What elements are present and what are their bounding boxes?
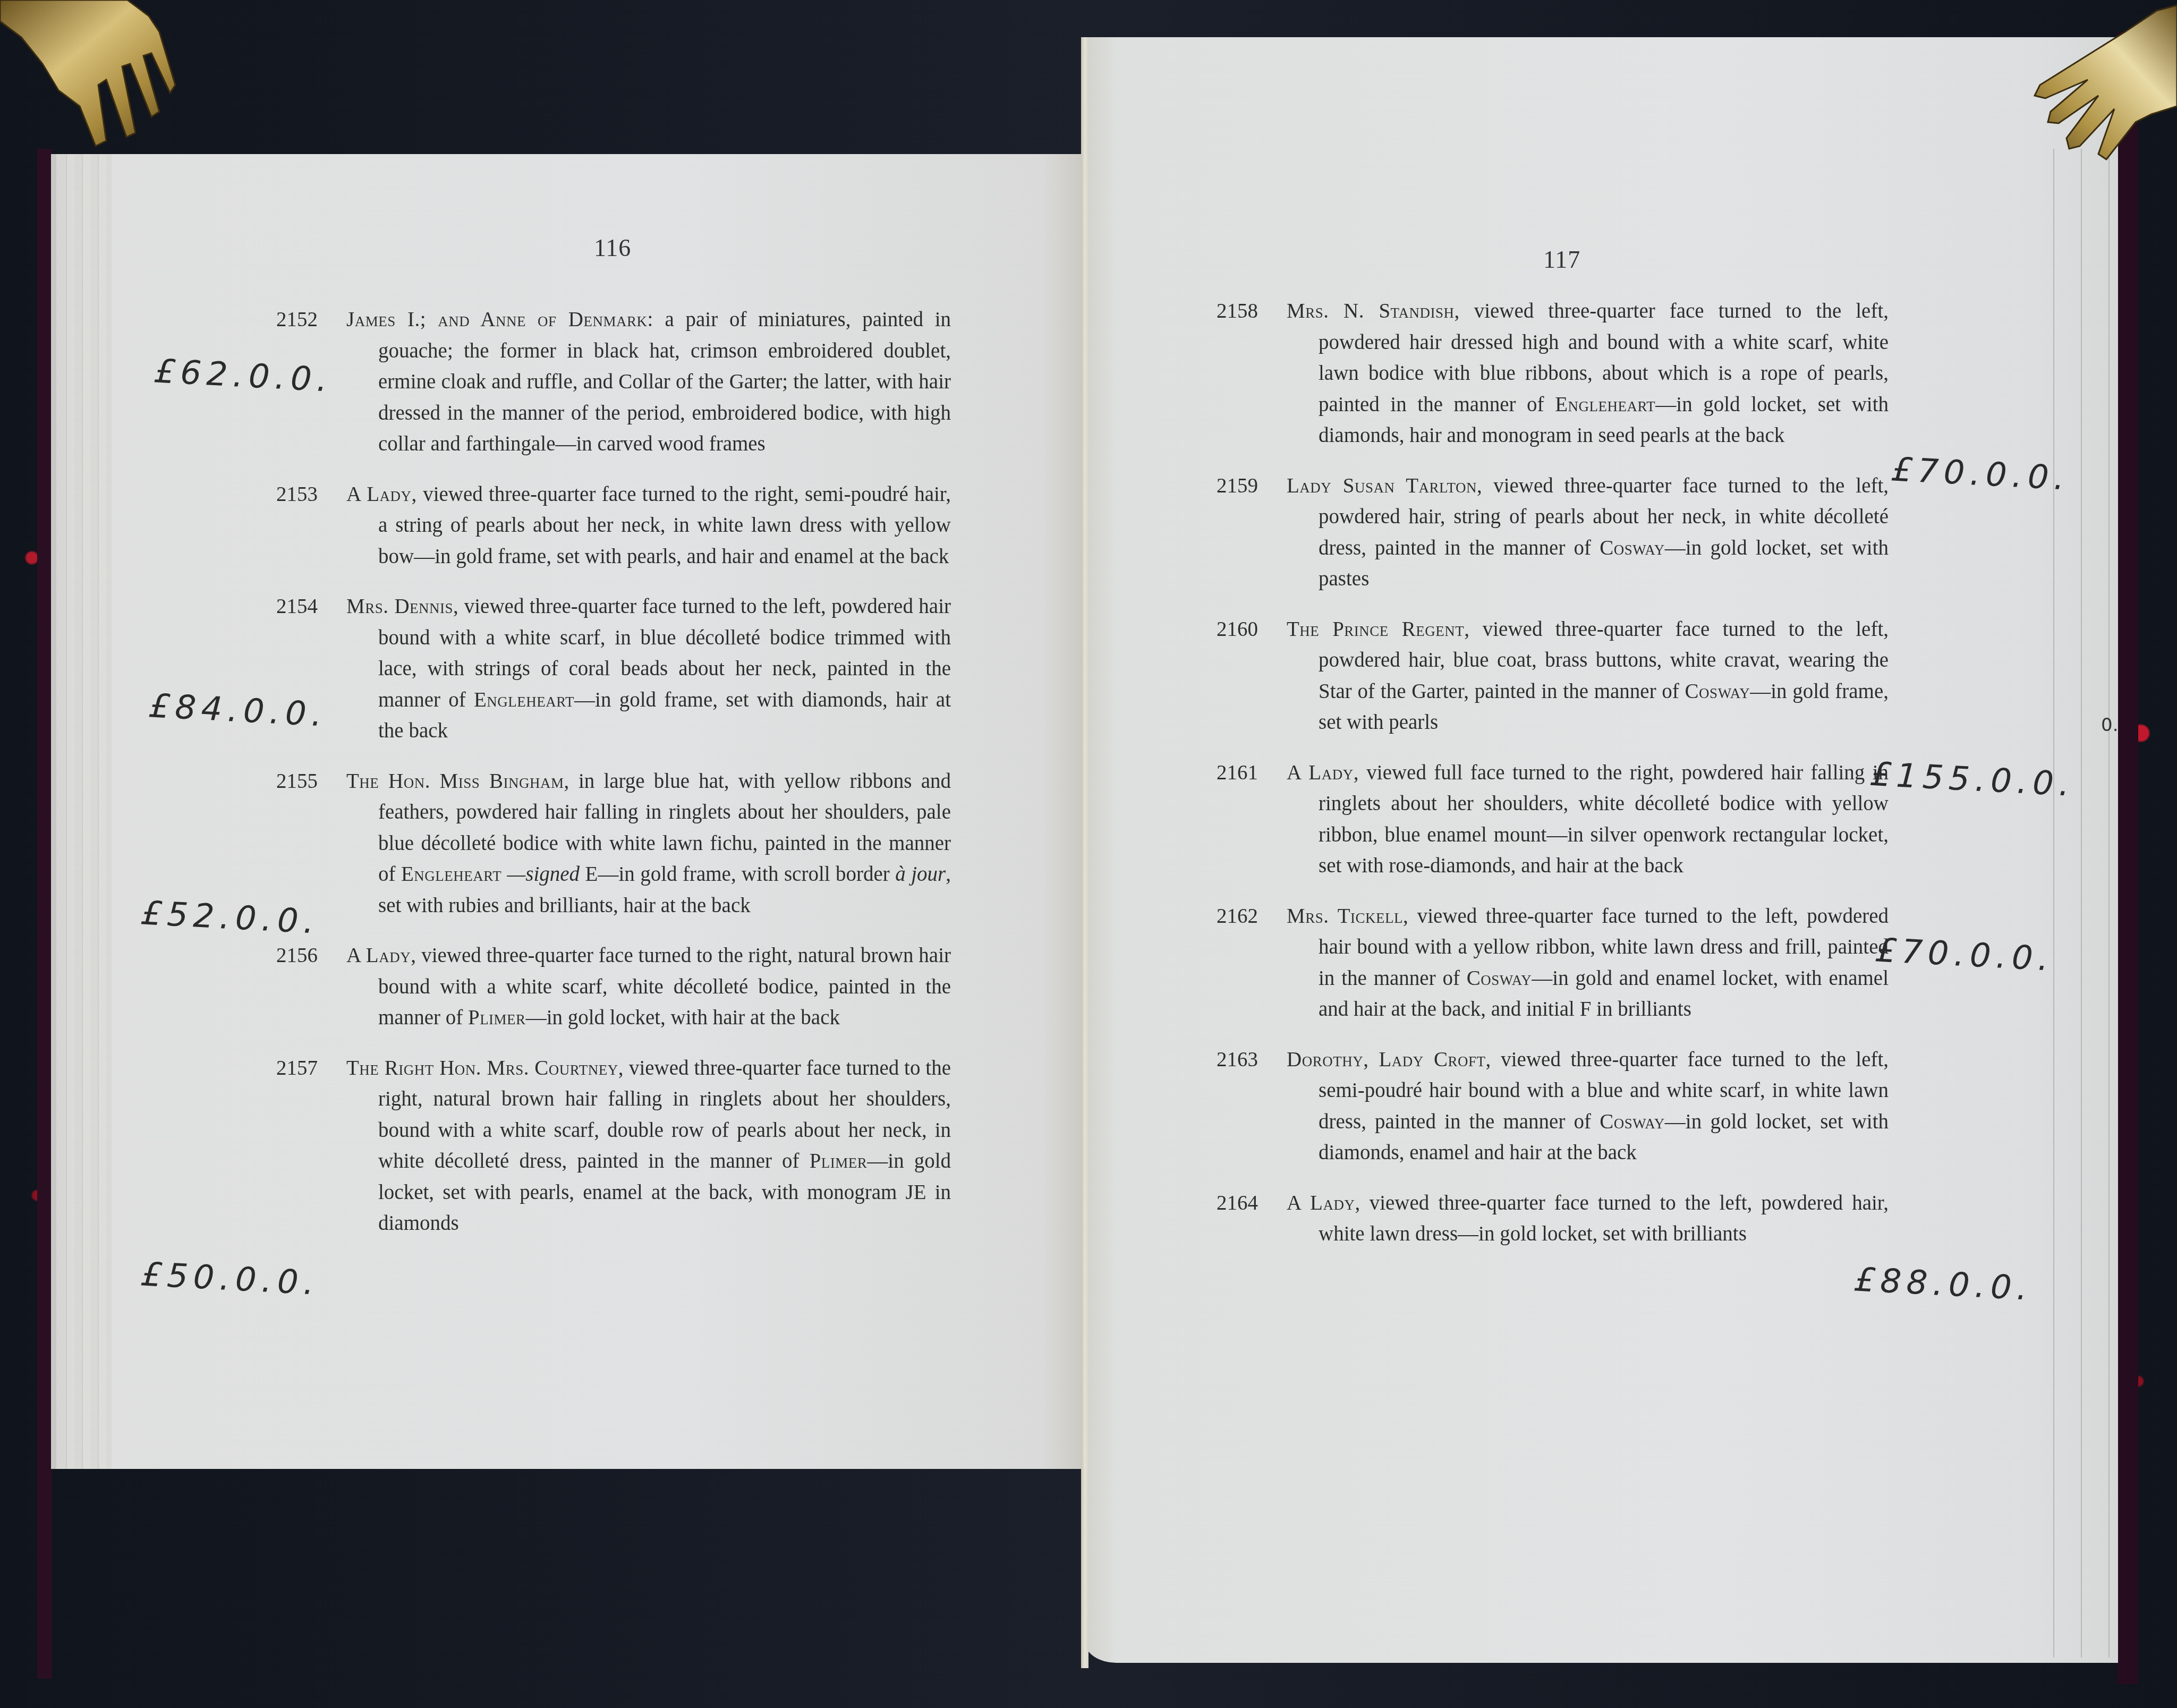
page-number-left: 116 <box>594 234 631 262</box>
book-cover-edge-right <box>2117 32 2138 1684</box>
entry-title: The Hon. Miss Bingham, <box>346 770 569 793</box>
entry-description: viewed three-quarter face turned to the … <box>1319 1192 1889 1246</box>
left-page-entries: 2152 James I.; and Anne of Denmark: a pa… <box>276 304 951 1259</box>
lot-number: 2163 <box>1217 1044 1258 1076</box>
signed-label: —signed <box>507 863 580 886</box>
lot-number: 2159 <box>1217 471 1258 502</box>
entry-title: Mrs. Dennis, <box>346 595 458 618</box>
artist-name: Plimer <box>810 1150 868 1172</box>
catalogue-entry-2160: 2160 The Prince Regent, viewed three-qua… <box>1217 614 1889 738</box>
lot-number: 2164 <box>1217 1188 1258 1219</box>
catalogue-entry-2162: 2162 Mrs. Tickell, viewed three-quarter … <box>1217 901 1889 1025</box>
catalogue-entry-2164: 2164 A Lady, viewed three-quarter face t… <box>1217 1188 1889 1250</box>
artist-name: Cosway <box>1467 967 1532 990</box>
catalogue-entry-2152: 2152 James I.; and Anne of Denmark: a pa… <box>276 304 951 460</box>
lot-number: 2156 <box>276 940 318 972</box>
artist-name: Plimer <box>468 1006 526 1029</box>
artist-name: Engleheart <box>1555 393 1655 416</box>
catalogue-entry-2161: 2161 A Lady, viewed full face turned to … <box>1217 758 1889 882</box>
entry-title: Dorothy, Lady Croft, <box>1287 1048 1491 1071</box>
catalogue-entry-2157: 2157 The Right Hon. Mrs. Courtney, viewe… <box>276 1053 951 1239</box>
lot-number: 2153 <box>276 479 318 511</box>
entry-description: viewed three-quarter face turned to the … <box>378 483 951 568</box>
lot-number: 2157 <box>276 1053 318 1084</box>
brass-hand-clip-left-icon <box>0 0 202 191</box>
artist-name: Cosway <box>1600 1110 1665 1133</box>
entry-title: The Right Hon. Mrs. Courtney, <box>346 1057 624 1080</box>
artist-name: Engleheart <box>401 863 501 886</box>
entry-title: A Lady, <box>1287 1192 1360 1214</box>
catalogue-entry-2153: 2153 A Lady, viewed three-quarter face t… <box>276 479 951 573</box>
lot-number: 2162 <box>1217 901 1258 932</box>
catalogue-entry-2156: 2156 A Lady, viewed three-quarter face t… <box>276 940 951 1034</box>
catalogue-entry-2154: 2154 Mrs. Dennis, viewed three-quarter f… <box>276 591 951 747</box>
lot-number: 2161 <box>1217 758 1258 789</box>
entry-title: A Lady, <box>1287 761 1359 784</box>
book-gutter <box>1081 37 1088 1668</box>
entry-title: Lady Susan Tarlton, <box>1287 474 1482 497</box>
lot-number: 2154 <box>276 591 318 623</box>
entry-title: Mrs. Tickell, <box>1287 905 1408 928</box>
catalogue-entry-2163: 2163 Dorothy, Lady Croft, viewed three-q… <box>1217 1044 1889 1169</box>
a-jour-text: à jour <box>895 863 946 886</box>
lot-number: 2152 <box>276 304 318 336</box>
lot-number: 2160 <box>1217 614 1258 645</box>
entry-title: The Prince Regent, <box>1287 618 1469 641</box>
signed-text: E—in gold frame, with scroll border <box>580 863 895 886</box>
entry-title: A Lady, <box>346 483 417 506</box>
catalogue-entry-2155: 2155 The Hon. Miss Bingham, in large blu… <box>276 766 951 922</box>
catalogue-entry-2158: 2158 Mrs. N. Standish, viewed three-quar… <box>1217 296 1889 452</box>
entry-title: Mrs. N. Standish, <box>1287 300 1460 322</box>
book-cover-edge-left <box>37 149 52 1679</box>
brass-hand-clip-right-icon <box>1997 0 2177 175</box>
page-number-right: 117 <box>1543 245 1580 274</box>
entry-title: James I.; and Anne of Denmark: <box>346 308 653 331</box>
entry-description: viewed full face turned to the right, po… <box>1319 761 1889 878</box>
right-page-entries: 2158 Mrs. N. Standish, viewed three-quar… <box>1217 296 1889 1269</box>
artist-name: Engleheart <box>474 689 574 711</box>
artist-name: Cosway <box>1685 680 1750 703</box>
artist-name: Cosway <box>1600 537 1665 559</box>
catalogue-entry-2159: 2159 Lady Susan Tarlton, viewed three-qu… <box>1217 471 1889 595</box>
lot-number: 2158 <box>1217 296 1258 327</box>
entry-title: A Lady, <box>346 944 416 967</box>
entry-description-end: —in gold locket, with hair at the back <box>526 1006 840 1029</box>
lot-number: 2155 <box>276 766 318 797</box>
stray-margin-mark: 0. <box>2101 715 2118 736</box>
